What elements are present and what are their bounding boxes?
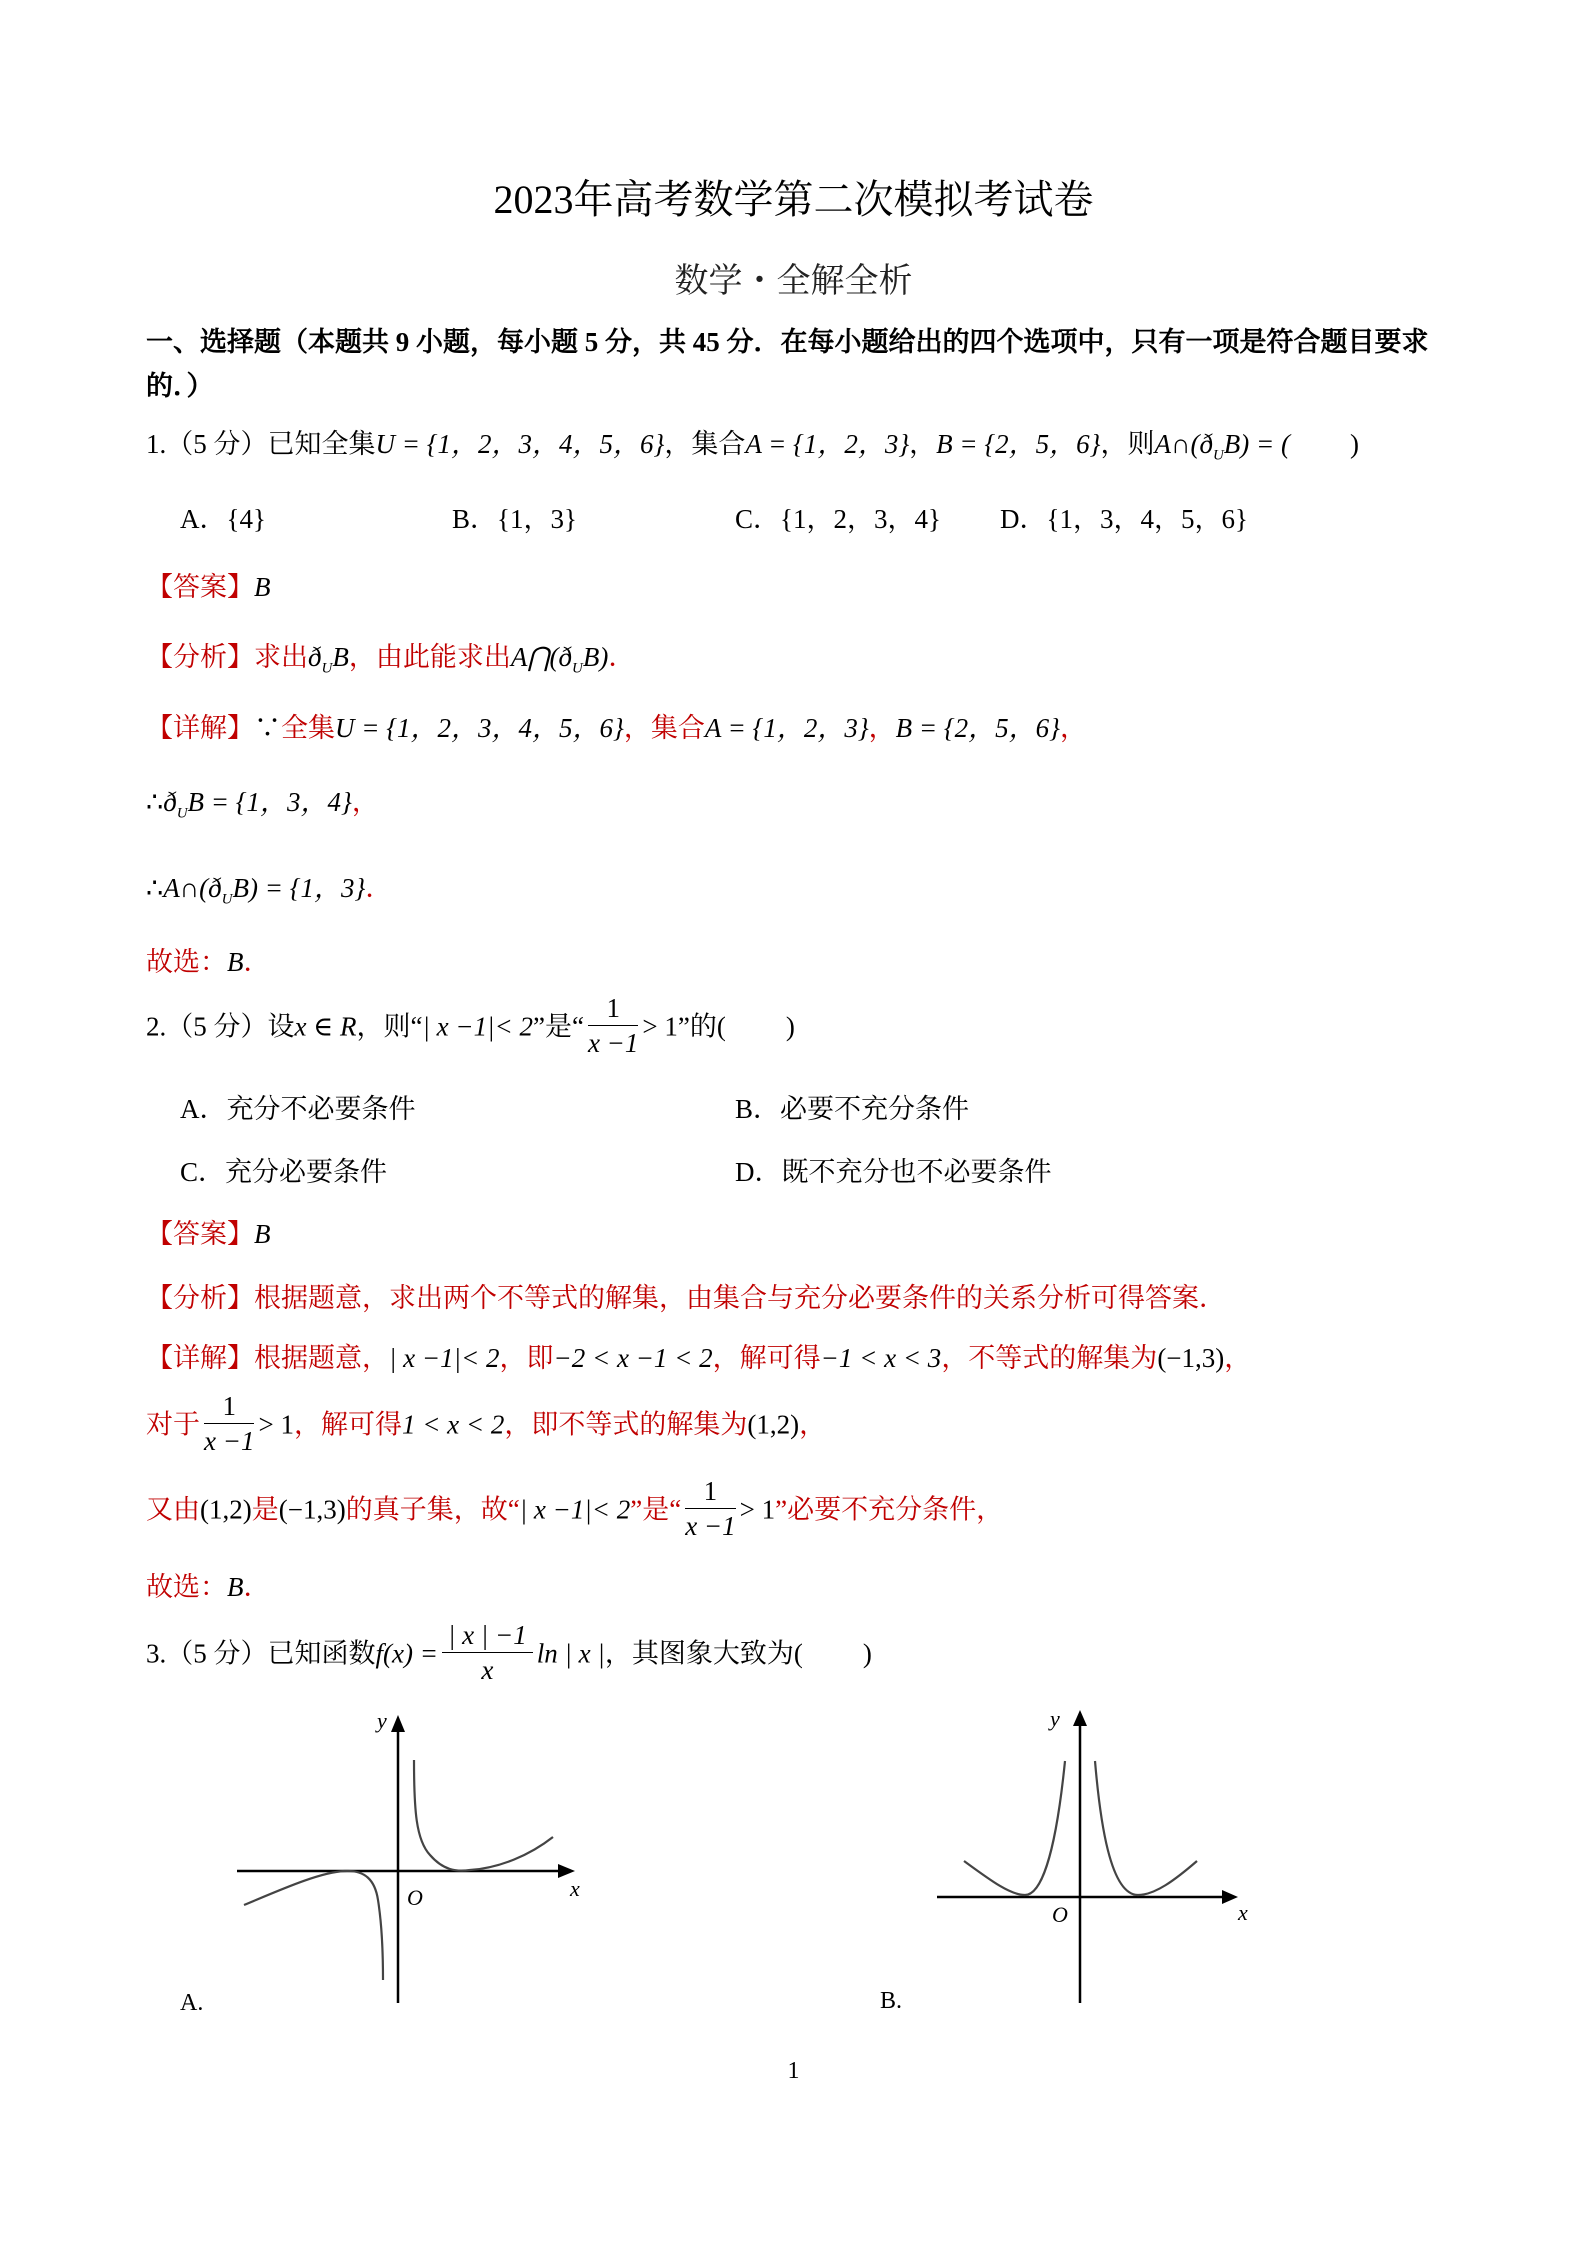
- q1-detail-line-1: 【详解】∵全集U = {1，2，3，4，5，6}，集合A = {1，2，3}，B…: [146, 706, 1087, 745]
- x-axis-label: x: [1237, 1900, 1248, 1925]
- q2-choose: 故选：B．: [146, 1565, 271, 1604]
- origin-label: O: [1052, 1902, 1068, 1927]
- q3-graph-a: y x O A.: [160, 1700, 610, 2040]
- y-axis-label: y: [375, 1708, 387, 1733]
- document-subtitle: 数学・全解全析: [0, 253, 1587, 302]
- q2-option-c: C．充分必要条件: [180, 1150, 387, 1189]
- graph-option-a-label: A.: [180, 1990, 203, 2016]
- question-2-stem: 2.（5 分）设x ∈ R，则“| x −1|< 2”是“1x −1> 1”的(…: [146, 995, 795, 1064]
- q2-detail-line-3: 又由(1,2)是(−1,3)的真子集，故“| x −1|< 2”是“1x −1>…: [146, 1478, 1003, 1547]
- q1-answer: 【答案】B: [146, 565, 271, 604]
- q1-analysis: 【分析】求出ðUB，由此能求出A⋂(ðUB)．: [146, 635, 635, 677]
- question-3-stem: 3.（5 分）已知函数f(x) =| x | −1xln | x |，其图象大致…: [146, 1622, 872, 1691]
- x-axis-label: x: [569, 1876, 580, 1901]
- q1-choose: 故选：B．: [146, 940, 271, 979]
- q2-option-b: B．必要不充分条件: [735, 1087, 969, 1126]
- document-title: 2023年高考数学第二次模拟考试卷: [0, 168, 1587, 225]
- section-heading: 一、选择题（本题共 9 小题，每小题 5 分，共 45 分．在每小题给出的四个选…: [146, 320, 1456, 408]
- q2-detail-line-2: 对于1x −1> 1，解可得1 < x < 2，即不等式的解集为(1,2)，: [146, 1393, 826, 1462]
- q3-graph-b: y x O B.: [860, 1690, 1260, 2040]
- q2-answer: 【答案】B: [146, 1212, 271, 1251]
- q2-option-a: A．充分不必要条件: [180, 1087, 416, 1126]
- q2-analysis: 【分析】根据题意，求出两个不等式的解集，由集合与充分必要条件的关系分析可得答案．: [146, 1276, 1226, 1315]
- y-axis-label: y: [1048, 1706, 1060, 1731]
- page-number: 1: [0, 2058, 1587, 2085]
- graph-option-b-label: B.: [880, 1988, 902, 2014]
- q1-option-d: D．{1，3，4，5，6}: [1000, 497, 1248, 536]
- q1-option-b: B．{1，3}: [452, 497, 577, 536]
- q1-option-c: C．{1，2，3，4}: [735, 497, 941, 536]
- q1-detail-line-2: ∴ðUB = {1，3，4}，: [146, 780, 379, 822]
- origin-label: O: [407, 1885, 423, 1910]
- q1-option-a: A．{4}: [180, 497, 266, 536]
- q1-detail-line-3: ∴A∩(ðUB) = {1，3}．: [146, 866, 392, 908]
- q2-option-d: D．既不充分也不必要条件: [735, 1150, 1052, 1189]
- question-1-stem: 1.（5 分）已知全集U = {1，2，3，4，5，6}，集合A = {1，2，…: [146, 422, 1359, 464]
- q2-detail-line-1: 【详解】根据题意，| x −1|< 2，即−2 < x −1 < 2，解可得−1…: [146, 1336, 1251, 1375]
